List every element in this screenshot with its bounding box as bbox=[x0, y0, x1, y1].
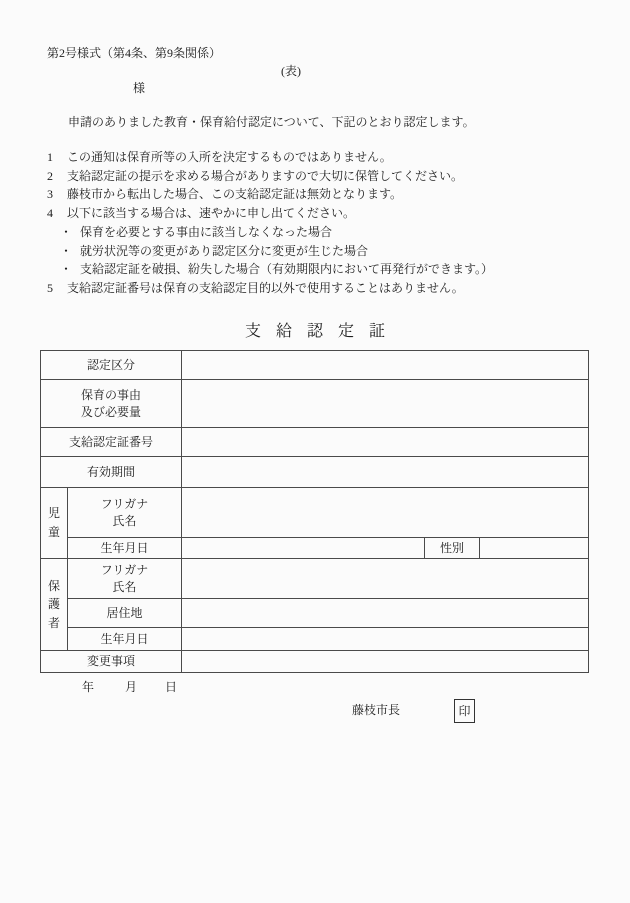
cell-value-certificate-number bbox=[182, 428, 589, 457]
note-row: 4 以下に該当する場合は、速やかに申し出てください。 bbox=[47, 204, 592, 223]
cell-label-validity-period: 有効期間 bbox=[41, 457, 182, 488]
cell-value-guardian-name bbox=[182, 559, 589, 599]
seal-character: 印 bbox=[458, 704, 470, 718]
date-month-label: 月 bbox=[125, 680, 137, 694]
note-text: 藤枝市から転出した場合、この支給認定証は無効となります。 bbox=[67, 185, 402, 204]
note-marker: ・ bbox=[60, 260, 80, 279]
note-marker: ・ bbox=[60, 242, 80, 261]
note-text: 就労状況等の変更があり認定区分に変更が生じた場合 bbox=[80, 242, 368, 261]
cell-label-child-birth-date: 生年月日 bbox=[68, 538, 182, 559]
cell-value-validity-period bbox=[182, 457, 589, 488]
cell-label-child-name: フリガナ 氏名 bbox=[68, 488, 182, 538]
cell-label-change-items: 変更事項 bbox=[41, 651, 182, 673]
cell-value-residence bbox=[182, 599, 589, 628]
cell-label-guardian-name: フリガナ 氏名 bbox=[68, 559, 182, 599]
notes-list: 1 この通知は保育所等の入所を決定するものではありません。 2 支給認定証の提示… bbox=[47, 148, 592, 298]
note-row: 2 支給認定証の提示を求める場合がありますので大切に保管してください。 bbox=[47, 167, 592, 186]
note-marker: 1 bbox=[47, 148, 67, 167]
note-row: ・ 保育を必要とする事由に該当しなくなった場合 bbox=[60, 223, 592, 242]
cell-group-child: 児童 bbox=[41, 488, 68, 559]
cell-label-certificate-number: 支給認定証番号 bbox=[41, 428, 182, 457]
cell-value-certification-category bbox=[182, 351, 589, 380]
document-page: 第2号様式（第4条、第9条関係） (表) 様 申請のありました教育・保育給付認定… bbox=[0, 0, 630, 903]
cell-label-childcare-reason: 保育の事由 及び必要量 bbox=[41, 380, 182, 428]
note-text: 支給認定証を破損、紛失した場合（有効期限内において再発行ができます。） bbox=[80, 260, 493, 279]
furigana-label: フリガナ bbox=[68, 496, 181, 513]
certificate-table: 認定区分 保育の事由 及び必要量 支給認定証番号 有効期間 児童 bbox=[40, 350, 589, 673]
cell-value-gender bbox=[480, 538, 589, 559]
note-row: 5 支給認定証番号は保育の支給認定目的以外で使用することはありません。 bbox=[47, 279, 592, 298]
note-row: ・ 就労状況等の変更があり認定区分に変更が生じた場合 bbox=[60, 242, 592, 261]
furigana-label: フリガナ bbox=[68, 562, 181, 579]
note-text: この通知は保育所等の入所を決定するものではありません。 bbox=[67, 148, 392, 167]
cell-group-guardian: 保護者 bbox=[41, 559, 68, 651]
note-row: 3 藤枝市から転出した場合、この支給認定証は無効となります。 bbox=[47, 185, 592, 204]
child-group-label: 児童 bbox=[48, 504, 60, 541]
note-row: ・ 支給認定証を破損、紛失した場合（有効期限内において再発行ができます。） bbox=[60, 260, 592, 279]
issuer-label: 藤枝市長 bbox=[352, 703, 400, 717]
note-row: 1 この通知は保育所等の入所を決定するものではありません。 bbox=[47, 148, 592, 167]
cell-value-guardian-birth-date bbox=[182, 628, 589, 651]
childcare-reason-line2: 及び必要量 bbox=[41, 404, 181, 421]
date-year-label: 年 bbox=[82, 680, 94, 694]
name-label: 氏名 bbox=[68, 579, 181, 596]
note-text: 以下に該当する場合は、速やかに申し出てください。 bbox=[67, 204, 355, 223]
cell-value-change-items bbox=[182, 651, 589, 673]
note-text: 支給認定証の提示を求める場合がありますので大切に保管してください。 bbox=[67, 167, 463, 186]
cell-label-guardian-birth-date: 生年月日 bbox=[68, 628, 182, 651]
side-label: (表) bbox=[281, 64, 301, 78]
cell-value-child-name bbox=[182, 488, 589, 538]
note-marker: 4 bbox=[47, 204, 67, 223]
date-day-label: 日 bbox=[165, 680, 177, 694]
seal-stamp: 印 bbox=[454, 699, 475, 723]
intro-paragraph: 申請のありました教育・保育給付認定について、下記のとおり認定します。 bbox=[68, 115, 475, 129]
addressee-honorific: 様 bbox=[133, 81, 145, 95]
note-text: 支給認定証番号は保育の支給認定目的以外で使用することはありません。 bbox=[67, 279, 464, 298]
certificate-title: 支給認定証 bbox=[0, 322, 630, 341]
cell-label-residence: 居住地 bbox=[68, 599, 182, 628]
note-marker: 2 bbox=[47, 167, 67, 186]
note-text: 保育を必要とする事由に該当しなくなった場合 bbox=[80, 223, 332, 242]
note-marker: ・ bbox=[60, 223, 80, 242]
cell-label-certification-category: 認定区分 bbox=[41, 351, 182, 380]
name-label: 氏名 bbox=[68, 513, 181, 530]
childcare-reason-line1: 保育の事由 bbox=[41, 387, 181, 404]
guardian-group-label: 保護者 bbox=[48, 577, 60, 633]
note-marker: 5 bbox=[47, 279, 67, 298]
cell-value-childcare-reason bbox=[182, 380, 589, 428]
cell-value-child-birth-date bbox=[182, 538, 425, 559]
cell-label-gender: 性別 bbox=[425, 538, 480, 559]
form-number-label: 第2号様式（第4条、第9条関係） bbox=[47, 46, 221, 60]
note-marker: 3 bbox=[47, 185, 67, 204]
